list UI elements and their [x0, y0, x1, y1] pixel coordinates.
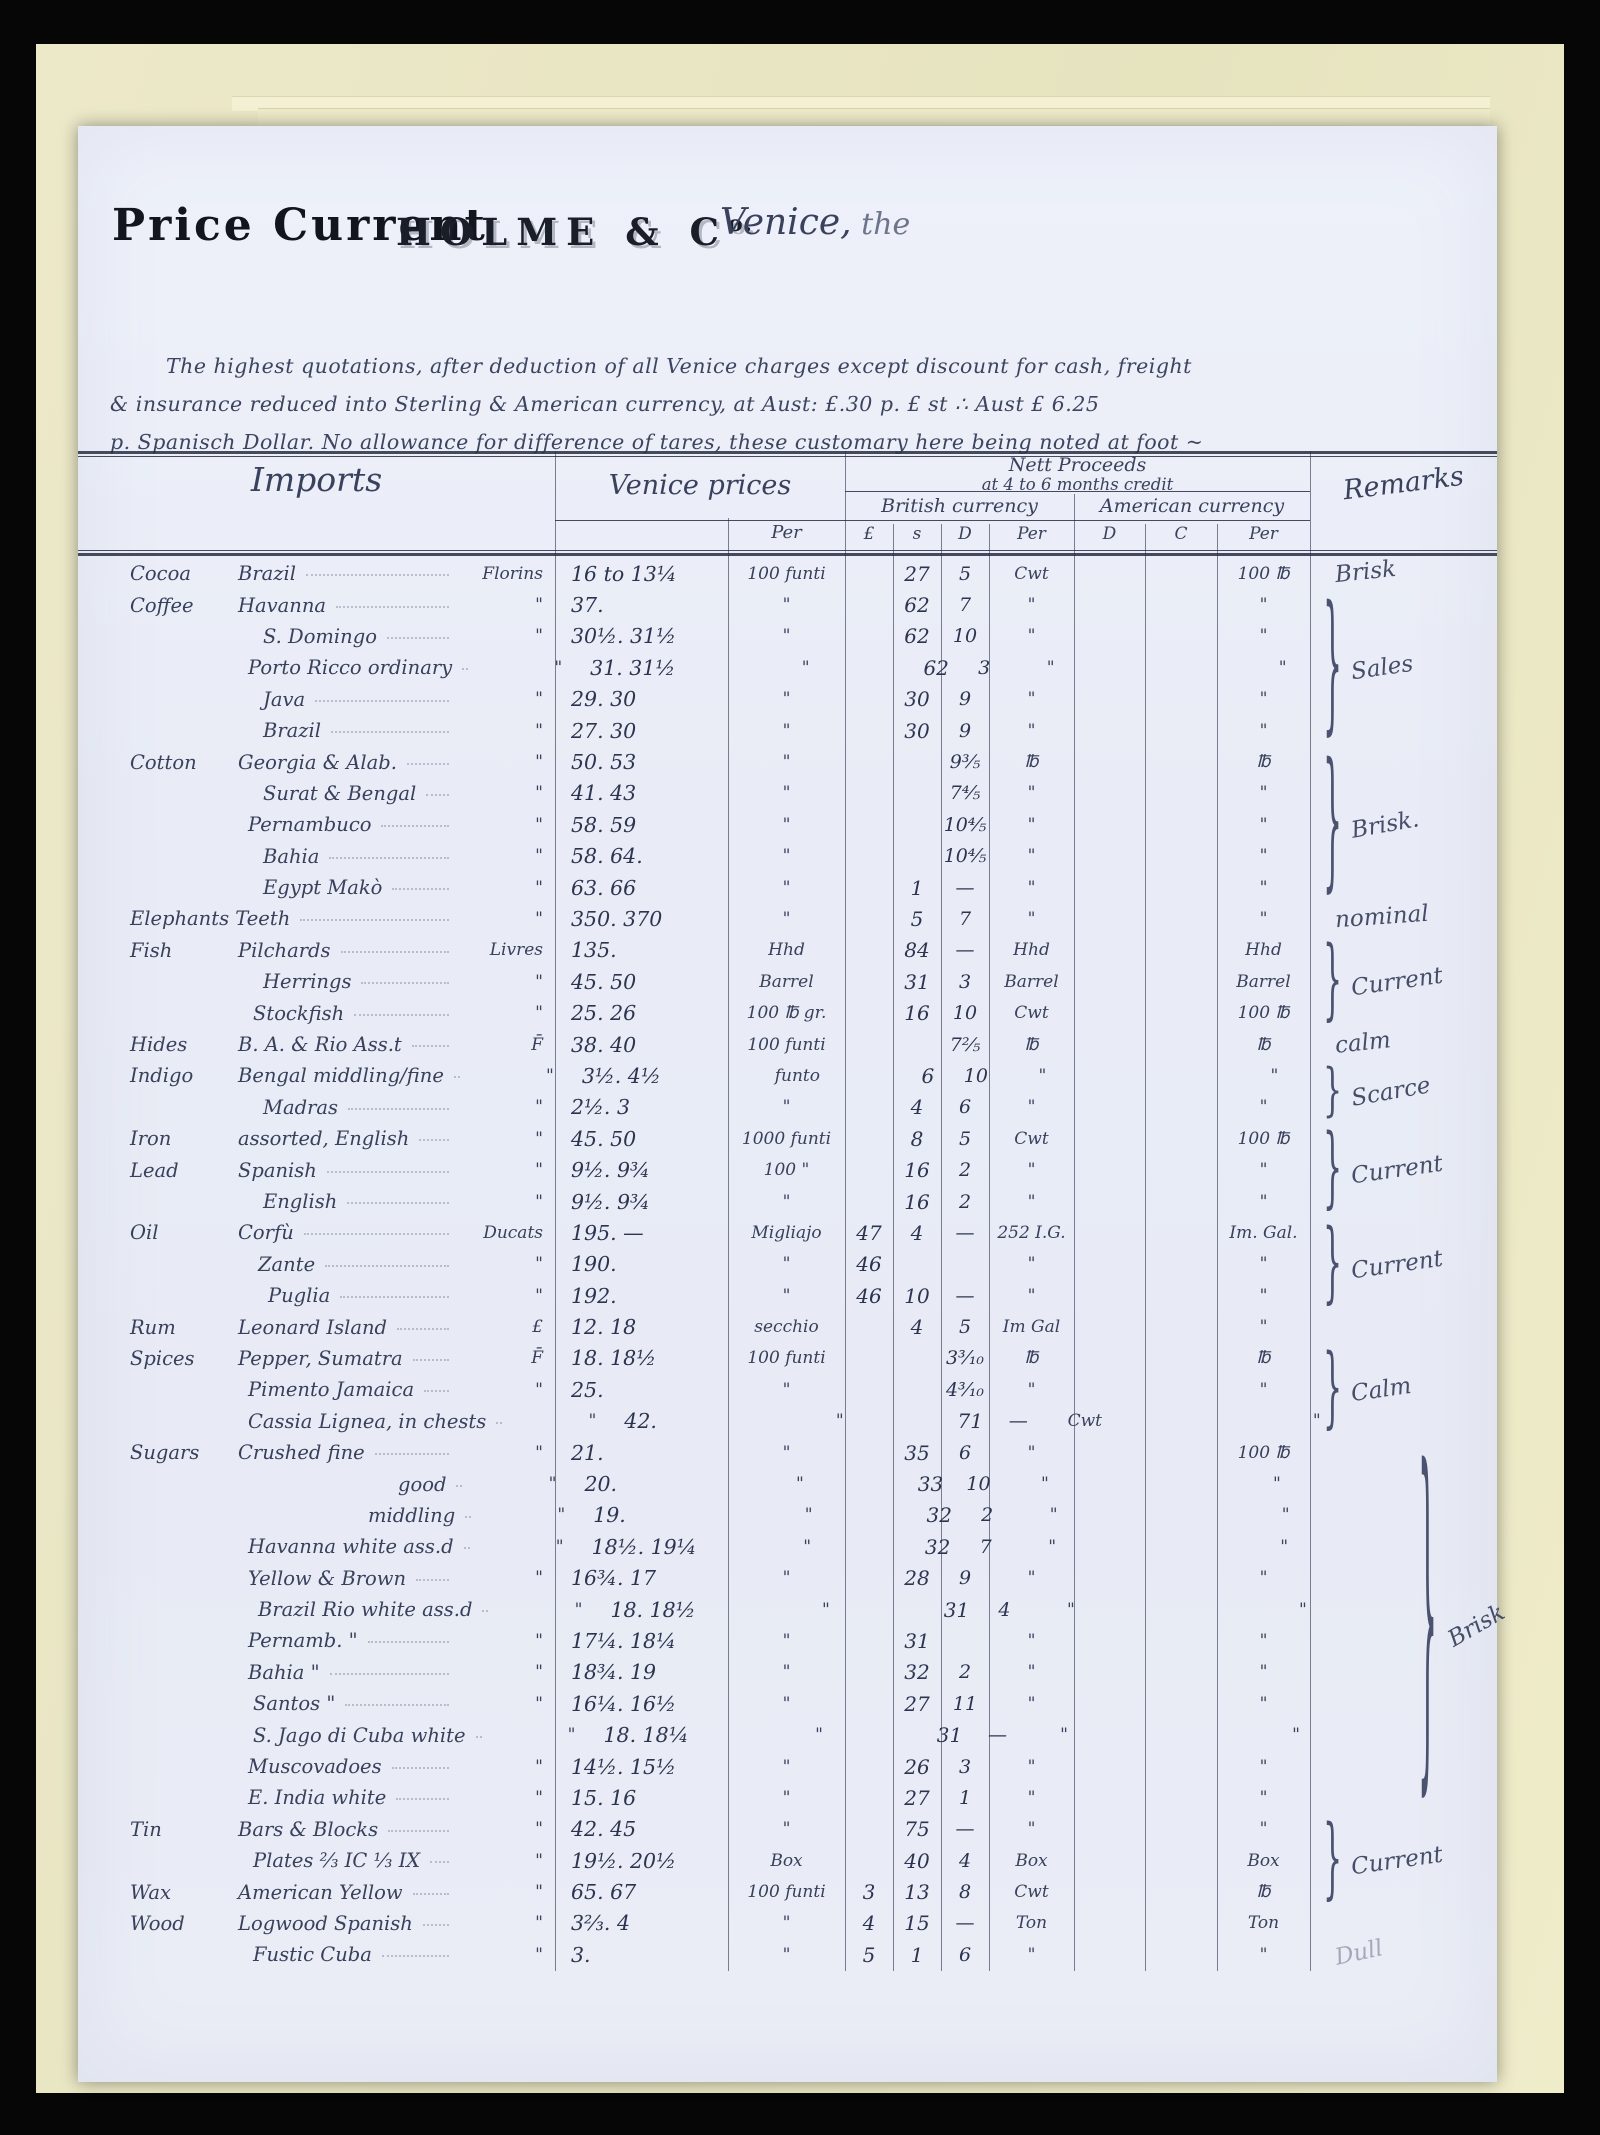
imports-cell: Surat & Bengal" — [78, 782, 555, 805]
pence-value: 3 — [941, 1756, 989, 1778]
shillings-value: 31 — [893, 1629, 941, 1653]
unit-label: " — [470, 1474, 568, 1494]
dotted-leader — [496, 1421, 502, 1424]
imports-cell: Stockfish" — [78, 1002, 555, 1025]
american-per: ℔ — [1217, 1035, 1310, 1055]
dotted-leader — [396, 1797, 449, 1800]
column-header-british-currency: British currency — [845, 495, 1074, 517]
commodity-detail: S. Domingo — [263, 625, 377, 648]
venice-per: secchio — [728, 1317, 845, 1337]
table-row: Brazil"27. 30"309"" — [78, 715, 1497, 746]
row-rule — [78, 553, 1497, 556]
imports-cell: Porto Ricco ordinary" — [78, 656, 574, 679]
table-row: Herrings"45. 50Barrel313BarrelBarrel — [78, 966, 1497, 997]
british-per: " — [1011, 1505, 1096, 1525]
imports-cell: CoffeeHavanna" — [78, 594, 555, 617]
venice-price: 20. — [568, 1472, 741, 1496]
venice-price: 350. 370 — [555, 907, 728, 931]
venice-per: 100 funti — [728, 1348, 845, 1368]
commodity-name: Cotton — [78, 751, 238, 774]
commodity-name: Iron — [78, 1127, 238, 1150]
commodity-detail: Bengal middling/fine — [238, 1064, 444, 1087]
pence-value: — — [994, 1410, 1042, 1432]
column-header-remarks: Remarks — [1309, 457, 1498, 511]
american-per: 100 ℔ — [1217, 1443, 1310, 1463]
unit-label: " — [490, 1725, 588, 1745]
british-per: Ton — [989, 1913, 1074, 1933]
british-per: " — [989, 1631, 1074, 1651]
commodity-name: Indigo — [78, 1064, 238, 1087]
commodity-name: Lead — [78, 1159, 238, 1182]
commodity-detail: American Yellow — [238, 1881, 403, 1904]
imports-cell: OilCorfùDucats — [78, 1221, 555, 1244]
commodity-detail: Pilchards — [238, 939, 331, 962]
commodity-detail: Pimento Jamaica — [248, 1378, 414, 1401]
pence-value: — — [941, 877, 989, 899]
british-per: " — [989, 1192, 1074, 1212]
unit-label: " — [457, 1160, 555, 1180]
unit-label: " — [457, 878, 555, 898]
pounds-value: 3 — [845, 1880, 893, 1904]
venice-price: 19½. 20½ — [555, 1849, 728, 1873]
pence-value: — — [941, 1285, 989, 1307]
venice-price: 3. — [555, 1943, 728, 1967]
imports-cell: HidesB. A. & Rio Ass.tF̄ — [78, 1033, 555, 1056]
imports-cell: LeadSpanish" — [78, 1159, 555, 1182]
row-rule — [555, 520, 1310, 521]
table-row: IndigoBengal middling/fine"3½. 4½funto61… — [78, 1060, 1497, 1091]
british-per: Hhd — [989, 940, 1074, 960]
shillings-value: 62 — [893, 624, 941, 648]
row-rule — [78, 456, 1497, 457]
imports-cell: RumLeonard Island£ — [78, 1316, 555, 1339]
venice-per: " — [747, 658, 864, 678]
dotted-leader — [416, 1578, 449, 1581]
commodity-name: Wood — [78, 1912, 238, 1935]
venice-per: 100 funti — [728, 1882, 845, 1902]
shillings-value: 32 — [893, 1660, 941, 1684]
unit-label: " — [468, 1066, 566, 1086]
american-per: 100 ℔ — [1217, 564, 1310, 584]
table-row: Cassia Lignea, in chests"42."71—Cwt" — [78, 1406, 1497, 1437]
table-row: Puglia"192."4610—"" — [78, 1280, 1497, 1311]
venice-price: 25. 26 — [555, 1001, 728, 1025]
unit-label: " — [457, 1631, 555, 1651]
remark-entry: }Current — [1323, 1846, 1443, 1876]
unit-label: " — [457, 1945, 555, 1965]
remark-label: Dull — [1333, 1936, 1385, 1971]
venice-price: 25. — [555, 1378, 728, 1402]
shillings-value: 13 — [893, 1880, 941, 1904]
table-row: Java"29. 30"309"" — [78, 684, 1497, 715]
american-per: " — [1250, 1725, 1343, 1745]
venice-per: funto — [739, 1066, 856, 1086]
venice-price: 18. 18½ — [594, 1598, 767, 1622]
american-per: " — [1217, 1568, 1310, 1588]
venice-per: Barrel — [728, 972, 845, 992]
venice-price: 12. 18 — [555, 1315, 728, 1339]
table-row: Madras"2½. 3"46"" — [78, 1092, 1497, 1123]
shillings-value: 4 — [893, 1315, 941, 1339]
table-row: E. India white"15. 16"271"" — [78, 1782, 1497, 1813]
british-per: Cwt — [989, 1129, 1074, 1149]
unit-label: " — [457, 1662, 555, 1682]
commodity-name: Rum — [78, 1316, 238, 1339]
dotted-leader — [465, 1515, 471, 1518]
venice-per: " — [728, 689, 845, 709]
remark-label: Current — [1350, 1151, 1445, 1190]
shillings-value: 27 — [893, 1692, 941, 1716]
venice-per: " — [728, 1788, 845, 1808]
table-row: Yellow & Brown"16¾. 17"289"" — [78, 1563, 1497, 1594]
pence-value: 9 — [941, 1567, 989, 1589]
imports-cell: Zante" — [78, 1253, 555, 1276]
column-header-british-per: Per — [989, 524, 1074, 544]
unit-label: " — [457, 972, 555, 992]
unit-label: " — [457, 1254, 555, 1274]
british-per: " — [989, 626, 1074, 646]
dotted-leader — [340, 1295, 449, 1298]
venice-price: 17¼. 18¼ — [555, 1629, 728, 1653]
american-per: " — [1217, 1286, 1310, 1306]
dotted-leader — [354, 1013, 449, 1016]
commodity-detail: Havanna — [238, 594, 326, 617]
venice-per: " — [728, 721, 845, 741]
pence-value: 7 — [941, 908, 989, 930]
unit-label: " — [457, 689, 555, 709]
venice-price: 38. 40 — [555, 1033, 728, 1057]
commodity-detail: Java — [263, 688, 305, 711]
shillings-value: 62 — [893, 593, 941, 617]
pounds-value: 46 — [845, 1252, 893, 1276]
venice-price: 45. 50 — [555, 1127, 728, 1151]
american-per: Im. Gal. — [1217, 1223, 1310, 1243]
pence-value: 6 — [941, 1442, 989, 1464]
table-row: OilCorfùDucats195. —Migliajo474—252 I.G.… — [78, 1217, 1497, 1248]
commodity-name: Tin — [78, 1818, 238, 1841]
american-per: " — [1270, 1411, 1363, 1431]
venice-per: " — [728, 878, 845, 898]
commodity-detail: Bahia — [263, 845, 319, 868]
pence-value: 4 — [941, 1850, 989, 1872]
commodity-detail: E. India white — [248, 1786, 386, 1809]
dotted-leader — [462, 667, 468, 670]
unit-label: " — [457, 1819, 555, 1839]
dotted-leader — [304, 1232, 449, 1235]
imports-cell: WoodLogwood Spanish" — [78, 1912, 555, 1935]
dotted-leader — [454, 1075, 460, 1078]
shillings-value: 4 — [893, 1095, 941, 1119]
venice-per: " — [728, 1254, 845, 1274]
british-per: ℔ — [989, 1348, 1074, 1368]
american-per: Barrel — [1217, 972, 1310, 992]
venice-price: 58. 64. — [555, 844, 728, 868]
remark-entry: }Current — [1323, 1155, 1443, 1185]
venice-per: 100 funti — [728, 564, 845, 584]
pence-value: 2 — [941, 1661, 989, 1683]
unit-label: F̄ — [457, 1035, 555, 1055]
pounds-value: 5 — [845, 1943, 893, 1967]
pence-value: — — [941, 1222, 989, 1244]
pence-value: — — [941, 1912, 989, 1934]
remark-entry: nominal — [1323, 904, 1429, 930]
table-row: Egypt Makò"63. 66"1—"" — [78, 872, 1497, 903]
dotted-leader — [330, 1672, 449, 1675]
british-per: " — [1010, 1537, 1095, 1557]
venice-per: " — [749, 1537, 866, 1557]
venice-per: " — [728, 1694, 845, 1714]
row-rule — [78, 451, 1497, 454]
venice-per: " — [728, 1945, 845, 1965]
column-header-cents: C — [1145, 524, 1217, 544]
pence-value: 10⅘ — [941, 845, 989, 867]
shillings-value: 30 — [893, 719, 941, 743]
venice-per: " — [728, 815, 845, 835]
venice-per: " — [728, 846, 845, 866]
dotted-leader — [331, 730, 449, 733]
shillings-value: 35 — [893, 1441, 941, 1465]
american-per: " — [1230, 1474, 1323, 1494]
american-per: " — [1217, 878, 1310, 898]
american-per: " — [1217, 595, 1310, 615]
imports-cell: SpicesPepper, SumatraF̄ — [78, 1347, 555, 1370]
imports-cell: Java" — [78, 688, 555, 711]
place-line: Venice, the — [720, 202, 910, 243]
shillings-value: 33 — [906, 1472, 954, 1496]
dotted-leader — [397, 1327, 449, 1330]
shillings-value: 15 — [893, 1911, 941, 1935]
imports-cell: Elephants Teeth" — [78, 907, 555, 930]
remark-entry: }Brisk. — [1323, 810, 1419, 840]
venice-price: 9½. 9¾ — [555, 1158, 728, 1182]
commodity-detail: Stockfish — [253, 1002, 344, 1025]
brace-mark: } — [1418, 1440, 1434, 1811]
american-per: " — [1217, 846, 1310, 866]
venice-price: 63. 66 — [555, 876, 728, 900]
british-per: " — [989, 1380, 1074, 1400]
table-row: LeadSpanish"9½. 9¾100 "162"" — [78, 1154, 1497, 1185]
imports-cell: Yellow & Brown" — [78, 1567, 555, 1590]
commodity-detail: Spanish — [238, 1159, 317, 1182]
venice-per: " — [728, 1757, 845, 1777]
table-row: WoodLogwood Spanish"3⅔. 4"415—TonTon — [78, 1908, 1497, 1939]
unit-label: " — [457, 783, 555, 803]
pence-value: 6 — [941, 1096, 989, 1118]
shillings-value: 31 — [932, 1598, 980, 1622]
table-row: Pimento Jamaica"25."4³⁄₁₀"" — [78, 1374, 1497, 1405]
dotted-leader — [388, 1829, 449, 1832]
commodity-detail: Yellow & Brown — [248, 1567, 406, 1590]
shillings-value: 84 — [893, 938, 941, 962]
commodity-name: Hides — [78, 1033, 238, 1056]
british-per: Cwt — [989, 1882, 1074, 1902]
remark-entry: }Brisk — [1418, 1611, 1507, 1641]
dotted-leader — [347, 1201, 449, 1204]
british-per: " — [989, 909, 1074, 929]
venice-price: 37. — [555, 593, 728, 617]
table-row: Bahia ""18¾. 19"322"" — [78, 1657, 1497, 1688]
table-row: Plates ⅔ IC ⅓ IX"19½. 20½Box404BoxBox — [78, 1845, 1497, 1876]
shillings-value: 4 — [893, 1221, 941, 1245]
commodity-detail: Georgia & Alab. — [238, 751, 397, 774]
american-per: 100 ℔ — [1217, 1129, 1310, 1149]
american-per: Hhd — [1217, 940, 1310, 960]
unit-label: " — [457, 1286, 555, 1306]
table-row: Pernambuco"58. 59"10⅘"" — [78, 809, 1497, 840]
unit-label: " — [457, 909, 555, 929]
british-per: " — [989, 1568, 1074, 1588]
venice-per: " — [761, 1725, 878, 1745]
shillings-value: 32 — [914, 1535, 962, 1559]
british-per: " — [989, 815, 1074, 835]
dotted-leader — [348, 1107, 449, 1110]
dotted-leader — [345, 1703, 449, 1706]
remark-label: Current — [1350, 1842, 1445, 1881]
table-row: CoffeeHavanna"37."627"" — [78, 589, 1497, 620]
remark-entry: calm — [1323, 1030, 1391, 1056]
venice-per: " — [728, 1568, 845, 1588]
commodity-name: Coffee — [78, 594, 238, 617]
pence-value: 10⅘ — [941, 814, 989, 836]
shillings-value: 27 — [893, 562, 941, 586]
table-row: Santos ""16¼. 16½"2711"" — [78, 1688, 1497, 1719]
shillings-value: 27 — [893, 1786, 941, 1810]
british-per: Box — [989, 1851, 1074, 1871]
commodity-detail: good — [398, 1473, 446, 1496]
dotted-leader — [392, 1766, 449, 1769]
american-per: " — [1217, 815, 1310, 835]
venice-per: " — [767, 1600, 884, 1620]
commodity-name: Oil — [78, 1221, 238, 1244]
subtitle-line-2: & insurance reduced into Sterling & Amer… — [110, 392, 1099, 416]
unit-label: Florins — [457, 564, 555, 584]
dotted-leader — [412, 1044, 449, 1047]
pounds-value: 4 — [845, 1911, 893, 1935]
american-per: " — [1236, 658, 1329, 678]
table-row: Havanna white ass.d"18½. 19¼"327"" — [78, 1531, 1497, 1562]
british-per: Cwt — [1042, 1411, 1127, 1431]
column-header-venice-per: Per — [728, 522, 845, 543]
commodity-detail: Pernambuco — [248, 813, 371, 836]
place-the: the — [852, 207, 911, 242]
commodity-detail: Cassia Lignea, in chests — [248, 1410, 486, 1433]
imports-cell: S. Domingo" — [78, 625, 555, 648]
document-paper: Price Current HOLME & Co. Venice, the Th… — [78, 126, 1497, 2082]
commodity-detail: Bars & Blocks — [238, 1818, 378, 1841]
imports-cell: FishPilchardsLivres — [78, 939, 555, 962]
table-row: RumLeonard Island£12. 18secchio45Im Gal" — [78, 1311, 1497, 1342]
british-per: 252 I.G. — [989, 1223, 1074, 1243]
venice-per: " — [728, 783, 845, 803]
dotted-leader — [382, 1954, 449, 1957]
dotted-leader — [327, 1170, 449, 1173]
remark-label: calm — [1334, 1027, 1392, 1059]
american-per: " — [1217, 1631, 1310, 1651]
british-per: " — [1000, 1066, 1085, 1086]
dotted-leader — [341, 950, 449, 953]
imports-cell: Pernambuco" — [78, 813, 555, 836]
column-header-pounds: £ — [845, 524, 893, 544]
american-per: " — [1217, 1757, 1310, 1777]
venice-per: " — [741, 1474, 858, 1494]
venice-price: 27. 30 — [555, 719, 728, 743]
commodity-detail: Pepper, Sumatra — [238, 1347, 403, 1370]
dotted-leader — [423, 1923, 449, 1926]
commodity-detail: Brazil Rio white ass.d — [258, 1598, 472, 1621]
american-per: " — [1217, 1380, 1310, 1400]
unit-label: " — [457, 626, 555, 646]
pence-value: 2 — [941, 1191, 989, 1213]
table-row: English"9½. 9¾"162"" — [78, 1186, 1497, 1217]
pence-value: 6 — [941, 1944, 989, 1966]
dotted-leader — [413, 1892, 449, 1895]
column-header-american-currency: American currency — [1074, 495, 1310, 517]
pence-value: — — [974, 1724, 1022, 1746]
unit-label: " — [457, 1694, 555, 1714]
american-per: " — [1217, 1192, 1310, 1212]
british-per: " — [989, 689, 1074, 709]
commodity-detail: Madras — [263, 1096, 338, 1119]
subtitle-line-1: The highest quotations, after deduction … — [166, 354, 1192, 378]
pence-value: — — [941, 939, 989, 961]
imports-cell: good" — [78, 1473, 568, 1496]
commodity-detail: Porto Ricco ordinary — [248, 656, 452, 679]
dotted-leader — [375, 1452, 449, 1455]
venice-price: 58. 59 — [555, 813, 728, 837]
venice-per: " — [728, 1662, 845, 1682]
shillings-value: 16 — [893, 1001, 941, 1025]
venice-price: 42. 45 — [555, 1817, 728, 1841]
imports-cell: Puglia" — [78, 1284, 555, 1307]
table-row: Zante"190."46"" — [78, 1249, 1497, 1280]
pence-value: 7 — [962, 1536, 1010, 1558]
column-header-venice-prices: Venice prices — [555, 470, 845, 501]
venice-per: 100 funti — [728, 1035, 845, 1055]
pence-value: 3 — [941, 971, 989, 993]
remark-entry: }Scarce — [1323, 1077, 1431, 1107]
dotted-leader — [300, 918, 449, 921]
commodity-detail: Brazil — [263, 719, 321, 742]
dotted-leader — [476, 1735, 482, 1738]
unit-label: £ — [457, 1317, 555, 1337]
venice-price: 2½. 3 — [555, 1095, 728, 1119]
venice-price: 18¾. 19 — [555, 1660, 728, 1684]
dotted-leader — [413, 1358, 449, 1361]
venice-price: 31. 31½ — [574, 656, 747, 680]
dotted-leader — [407, 762, 449, 765]
commodity-detail: Surat & Bengal — [263, 782, 416, 805]
commodity-name: Sugars — [78, 1441, 238, 1464]
shillings-value: 32 — [915, 1503, 963, 1527]
venice-price: 18. 18½ — [555, 1346, 728, 1370]
unit-label: " — [457, 595, 555, 615]
imports-cell: Herrings" — [78, 970, 555, 993]
pounds-value: 47 — [845, 1221, 893, 1245]
unit-label: " — [496, 1600, 594, 1620]
imports-cell: Pernamb. "" — [78, 1629, 555, 1652]
remark-label: Sales — [1349, 651, 1414, 685]
american-per: " — [1228, 1066, 1321, 1086]
unit-label: " — [457, 1882, 555, 1902]
american-per: " — [1217, 1317, 1310, 1337]
remark-label: Brisk. — [1349, 806, 1421, 843]
venice-price: 30½. 31½ — [555, 624, 728, 648]
unit-label: " — [457, 846, 555, 866]
dotted-leader — [315, 699, 449, 702]
venice-price: 16¼. 16½ — [555, 1692, 728, 1716]
table-row: Porto Ricco ordinary"31. 31½"623"" — [78, 652, 1497, 683]
imports-cell: Egypt Makò" — [78, 876, 555, 899]
